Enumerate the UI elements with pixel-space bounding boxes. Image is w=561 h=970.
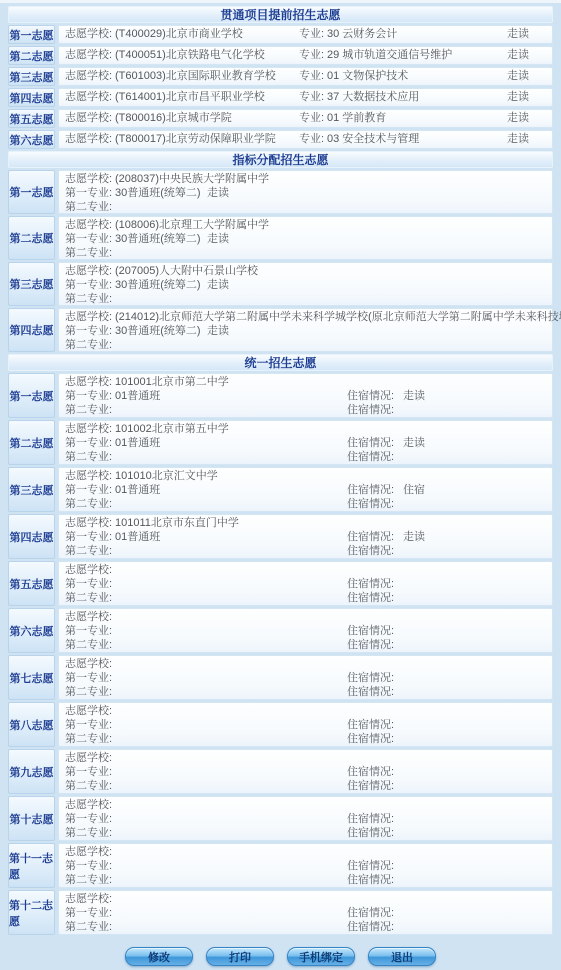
boarding-field-label: 住宿情况: xyxy=(347,780,394,793)
volunteer-row: 第七志愿志愿学校:第一专业:住宿情况:第二专业:住宿情况: xyxy=(8,655,553,700)
school-value: 101010北京汇文中学 xyxy=(115,470,218,483)
school-field-label: 志愿学校: xyxy=(65,564,112,577)
volunteer-rank-label: 第四志愿 xyxy=(8,514,55,559)
major-value: 30 云财务会计 xyxy=(327,28,397,41)
volunteer-rank-label: 第一志愿 xyxy=(8,373,55,418)
section-title-quota-allocation: 指标分配招生志愿 xyxy=(8,151,553,168)
second-major-field-label: 第二专业: xyxy=(65,545,112,558)
volunteer-row: 第八志愿志愿学校:第一专业:住宿情况:第二专业:住宿情况: xyxy=(8,702,553,747)
volunteer-row-content: 志愿学校:(208037)中央民族大学附属中学第一专业:30普通班(统筹二)走读… xyxy=(58,170,553,214)
school-value: 101001北京市第二中学 xyxy=(115,376,229,389)
volunteer-row-content: 志愿学校:第一专业:住宿情况:第二专业:住宿情况: xyxy=(58,843,553,888)
volunteer-row: 第四志愿志愿学校:101011北京市东直门中学第一专业:01普通班住宿情况:走读… xyxy=(8,514,553,559)
boarding-value: 走读 xyxy=(207,233,229,246)
boarding-field-label: 住宿情况: xyxy=(347,874,394,887)
section-unified-admission: 统一招生志愿第一志愿志愿学校:101001北京市第二中学第一专业:01普通班住宿… xyxy=(8,354,553,935)
school-value: (T400051)北京铁路电气化学校 xyxy=(115,49,265,62)
boarding-field-label: 住宿情况: xyxy=(347,545,394,558)
school-value: 101002北京市第五中学 xyxy=(115,423,229,436)
boarding-field-label: 住宿情况: xyxy=(347,686,394,699)
boarding-field-label: 住宿情况: xyxy=(347,498,394,511)
volunteer-row: 第三志愿志愿学校:101010北京汇文中学第一专业:01普通班住宿情况:住宿第二… xyxy=(8,467,553,512)
boarding-field-label: 住宿情况: xyxy=(347,766,394,779)
volunteer-rank-label: 第七志愿 xyxy=(8,655,55,700)
volunteer-row: 第一志愿志愿学校:101001北京市第二中学第一专业:01普通班住宿情况:走读第… xyxy=(8,373,553,418)
school-field-label: 志愿学校: xyxy=(65,219,112,232)
school-value: (T601003)北京国际职业教育学校 xyxy=(115,70,276,83)
boarding-field-label: 住宿情况: xyxy=(347,907,394,920)
volunteer-row-content: 志愿学校:101011北京市东直门中学第一专业:01普通班住宿情况:走读第二专业… xyxy=(58,514,553,559)
boarding-field-label: 住宿情况: xyxy=(347,531,394,544)
section-pre-admission: 贯通项目提前招生志愿第一志愿志愿学校:(T400029)北京市商业学校专业:30… xyxy=(8,6,553,149)
school-field-label: 志愿学校: xyxy=(65,611,112,624)
school-value: (T800016)北京城市学院 xyxy=(115,112,232,125)
school-field-label: 志愿学校: xyxy=(65,173,112,186)
first-major-field-label: 第一专业: xyxy=(65,531,112,544)
school-field-label: 志愿学校: xyxy=(65,846,112,859)
school-value: (207005)人大附中石景山学校 xyxy=(115,265,258,278)
second-major-field-label: 第二专业: xyxy=(65,686,112,699)
boarding-value: 走读 xyxy=(507,70,529,83)
school-field-label: 志愿学校: xyxy=(65,265,112,278)
volunteer-row-content: 志愿学校:101010北京汇文中学第一专业:01普通班住宿情况:住宿第二专业:住… xyxy=(58,467,553,512)
school-field-label: 志愿学校: xyxy=(65,799,112,812)
volunteer-row: 第十一志愿志愿学校:第一专业:住宿情况:第二专业:住宿情况: xyxy=(8,843,553,888)
major-value: 01 文物保护技术 xyxy=(327,70,408,83)
school-value: (T400029)北京市商业学校 xyxy=(115,28,243,41)
volunteer-rank-label: 第十二志愿 xyxy=(8,890,55,935)
volunteer-rank-label: 第六志愿 xyxy=(8,130,55,149)
major-field-label: 专业: xyxy=(299,49,324,62)
second-major-field-label: 第二专业: xyxy=(65,827,112,840)
volunteer-rank-label: 第二志愿 xyxy=(8,420,55,465)
school-field-label: 志愿学校: xyxy=(65,91,112,104)
phone-bind-button[interactable]: 手机绑定 xyxy=(287,947,355,966)
boarding-value: 住宿 xyxy=(403,484,425,497)
first-major-field-label: 第一专业: xyxy=(65,672,112,685)
school-field-label: 志愿学校: xyxy=(65,658,112,671)
school-value: (108006)北京理工大学附属中学 xyxy=(115,219,269,232)
volunteer-row-content: 志愿学校:(T800017)北京劳动保障职业学院专业:03 安全技术与管理走读 xyxy=(58,130,553,149)
section-quota-allocation: 指标分配招生志愿第一志愿志愿学校:(208037)中央民族大学附属中学第一专业:… xyxy=(8,151,553,352)
volunteer-row-content: 志愿学校:第一专业:住宿情况:第二专业:住宿情况: xyxy=(58,890,553,935)
major-field-label: 专业: xyxy=(299,112,324,125)
first-major-field-label: 第一专业: xyxy=(65,860,112,873)
volunteer-row-content: 志愿学校:第一专业:住宿情况:第二专业:住宿情况: xyxy=(58,796,553,841)
school-value: (208037)中央民族大学附属中学 xyxy=(115,173,269,186)
boarding-value: 走读 xyxy=(403,390,425,403)
major-value: 29 城市轨道交通信号维护 xyxy=(327,49,452,62)
boarding-value: 走读 xyxy=(507,49,529,62)
volunteer-sections: 贯通项目提前招生志愿第一志愿志愿学校:(T400029)北京市商业学校专业:30… xyxy=(8,6,553,935)
boarding-field-label: 住宿情况: xyxy=(347,484,394,497)
volunteer-rank-label: 第五志愿 xyxy=(8,109,55,128)
volunteer-row: 第二志愿志愿学校:101002北京市第五中学第一专业:01普通班住宿情况:走读第… xyxy=(8,420,553,465)
volunteer-row: 第十二志愿志愿学校:第一专业:住宿情况:第二专业:住宿情况: xyxy=(8,890,553,935)
major-value: 03 安全技术与管理 xyxy=(327,133,419,146)
volunteer-row-content: 志愿学校:第一专业:住宿情况:第二专业:住宿情况: xyxy=(58,608,553,653)
boarding-field-label: 住宿情况: xyxy=(347,390,394,403)
second-major-field-label: 第二专业: xyxy=(65,733,112,746)
section-title-pre-admission: 贯通项目提前招生志愿 xyxy=(8,6,553,23)
volunteer-row: 第十志愿志愿学校:第一专业:住宿情况:第二专业:住宿情况: xyxy=(8,796,553,841)
school-field-label: 志愿学校: xyxy=(65,133,112,146)
second-major-field-label: 第二专业: xyxy=(65,293,112,306)
volunteer-row: 第一志愿志愿学校:(T400029)北京市商业学校专业:30 云财务会计走读 xyxy=(8,25,553,44)
boarding-field-label: 住宿情况: xyxy=(347,813,394,826)
volunteer-rank-label: 第四志愿 xyxy=(8,308,55,352)
second-major-field-label: 第二专业: xyxy=(65,339,112,352)
school-field-label: 志愿学校: xyxy=(65,28,112,41)
school-value: (T614001)北京市昌平职业学校 xyxy=(115,91,265,104)
volunteer-row: 第六志愿志愿学校:(T800017)北京劳动保障职业学院专业:03 安全技术与管… xyxy=(8,130,553,149)
second-major-field-label: 第二专业: xyxy=(65,592,112,605)
volunteer-row: 第二志愿志愿学校:(108006)北京理工大学附属中学第一专业:30普通班(统筹… xyxy=(8,216,553,260)
volunteer-row: 第三志愿志愿学校:(T601003)北京国际职业教育学校专业:01 文物保护技术… xyxy=(8,67,553,86)
volunteer-row-content: 志愿学校:(T400051)北京铁路电气化学校专业:29 城市轨道交通信号维护走… xyxy=(58,46,553,65)
print-button[interactable]: 打印 xyxy=(206,947,274,966)
volunteer-rank-label: 第三志愿 xyxy=(8,262,55,306)
school-value: (T800017)北京劳动保障职业学院 xyxy=(115,133,276,146)
volunteer-rank-label: 第六志愿 xyxy=(8,608,55,653)
first-major-value: 30普通班(统筹二) xyxy=(115,325,201,338)
volunteer-row-content: 志愿学校:(T400029)北京市商业学校专业:30 云财务会计走读 xyxy=(58,25,553,44)
school-field-label: 志愿学校: xyxy=(65,470,112,483)
volunteer-rank-label: 第一志愿 xyxy=(8,170,55,214)
school-field-label: 志愿学校: xyxy=(65,311,112,324)
volunteer-rank-label: 第五志愿 xyxy=(8,561,55,606)
first-major-field-label: 第一专业: xyxy=(65,233,112,246)
second-major-field-label: 第二专业: xyxy=(65,404,112,417)
volunteer-row: 第二志愿志愿学校:(T400051)北京铁路电气化学校专业:29 城市轨道交通信… xyxy=(8,46,553,65)
volunteer-row-content: 志愿学校:(108006)北京理工大学附属中学第一专业:30普通班(统筹二)走读… xyxy=(58,216,553,260)
first-major-field-label: 第一专业: xyxy=(65,813,112,826)
school-field-label: 志愿学校: xyxy=(65,423,112,436)
volunteer-row: 第四志愿志愿学校:(214012)北京师范大学第二附属中学未来科学城学校(原北京… xyxy=(8,308,553,352)
volunteer-row-content: 志愿学校:(T601003)北京国际职业教育学校专业:01 文物保护技术走读 xyxy=(58,67,553,86)
major-value: 37 大数据技术应用 xyxy=(327,91,419,104)
volunteer-rank-label: 第九志愿 xyxy=(8,749,55,794)
first-major-field-label: 第一专业: xyxy=(65,484,112,497)
boarding-field-label: 住宿情况: xyxy=(347,719,394,732)
boarding-value: 走读 xyxy=(507,28,529,41)
school-field-label: 志愿学校: xyxy=(65,705,112,718)
major-value: 01 学前教育 xyxy=(327,112,386,125)
volunteer-row: 第五志愿志愿学校:第一专业:住宿情况:第二专业:住宿情况: xyxy=(8,561,553,606)
boarding-value: 走读 xyxy=(207,187,229,200)
first-major-field-label: 第一专业: xyxy=(65,625,112,638)
button-bar: 修改打印手机绑定退出 xyxy=(8,947,553,966)
boarding-value: 走读 xyxy=(403,437,425,450)
major-field-label: 专业: xyxy=(299,91,324,104)
boarding-value: 走读 xyxy=(507,91,529,104)
second-major-field-label: 第二专业: xyxy=(65,639,112,652)
school-value: 101011北京市东直门中学 xyxy=(115,517,239,530)
second-major-field-label: 第二专业: xyxy=(65,780,112,793)
boarding-value: 走读 xyxy=(507,133,529,146)
volunteer-row: 第一志愿志愿学校:(208037)中央民族大学附属中学第一专业:30普通班(统筹… xyxy=(8,170,553,214)
boarding-value: 走读 xyxy=(507,112,529,125)
volunteer-row-content: 志愿学校:第一专业:住宿情况:第二专业:住宿情况: xyxy=(58,561,553,606)
admission-volunteer-page: 贯通项目提前招生志愿第一志愿志愿学校:(T400029)北京市商业学校专业:30… xyxy=(0,0,561,970)
boarding-value: 走读 xyxy=(403,531,425,544)
first-major-field-label: 第一专业: xyxy=(65,719,112,732)
volunteer-row: 第四志愿志愿学校:(T614001)北京市昌平职业学校专业:37 大数据技术应用… xyxy=(8,88,553,107)
school-field-label: 志愿学校: xyxy=(65,49,112,62)
boarding-field-label: 住宿情况: xyxy=(347,437,394,450)
volunteer-rank-label: 第八志愿 xyxy=(8,702,55,747)
boarding-field-label: 住宿情况: xyxy=(347,921,394,934)
second-major-field-label: 第二专业: xyxy=(65,921,112,934)
first-major-field-label: 第一专业: xyxy=(65,187,112,200)
volunteer-row: 第九志愿志愿学校:第一专业:住宿情况:第二专业:住宿情况: xyxy=(8,749,553,794)
school-field-label: 志愿学校: xyxy=(65,112,112,125)
boarding-field-label: 住宿情况: xyxy=(347,592,394,605)
first-major-value: 01普通班 xyxy=(115,437,160,450)
boarding-field-label: 住宿情况: xyxy=(347,639,394,652)
volunteer-rank-label: 第一志愿 xyxy=(8,25,55,44)
first-major-value: 01普通班 xyxy=(115,531,160,544)
boarding-field-label: 住宿情况: xyxy=(347,672,394,685)
volunteer-row-content: 志愿学校:第一专业:住宿情况:第二专业:住宿情况: xyxy=(58,655,553,700)
volunteer-row: 第五志愿志愿学校:(T800016)北京城市学院专业:01 学前教育走读 xyxy=(8,109,553,128)
boarding-field-label: 住宿情况: xyxy=(347,578,394,591)
volunteer-row-content: 志愿学校:(T614001)北京市昌平职业学校专业:37 大数据技术应用走读 xyxy=(58,88,553,107)
second-major-field-label: 第二专业: xyxy=(65,201,112,214)
boarding-field-label: 住宿情况: xyxy=(347,625,394,638)
volunteer-rank-label: 第二志愿 xyxy=(8,46,55,65)
modify-button[interactable]: 修改 xyxy=(125,947,193,966)
volunteer-row-content: 志愿学校:101001北京市第二中学第一专业:01普通班住宿情况:走读第二专业:… xyxy=(58,373,553,418)
boarding-field-label: 住宿情况: xyxy=(347,860,394,873)
first-major-value: 01普通班 xyxy=(115,390,160,403)
second-major-field-label: 第二专业: xyxy=(65,498,112,511)
first-major-value: 30普通班(统筹二) xyxy=(115,279,201,292)
volunteer-rank-label: 第四志愿 xyxy=(8,88,55,107)
second-major-field-label: 第二专业: xyxy=(65,451,112,464)
school-field-label: 志愿学校: xyxy=(65,376,112,389)
first-major-field-label: 第一专业: xyxy=(65,390,112,403)
boarding-field-label: 住宿情况: xyxy=(347,827,394,840)
school-field-label: 志愿学校: xyxy=(65,70,112,83)
second-major-field-label: 第二专业: xyxy=(65,247,112,260)
volunteer-rank-label: 第二志愿 xyxy=(8,216,55,260)
school-value: (214012)北京师范大学第二附属中学未来科学城学校(原北京师范大学第二附属中… xyxy=(115,311,561,324)
boarding-value: 走读 xyxy=(207,279,229,292)
volunteer-row: 第三志愿志愿学校:(207005)人大附中石景山学校第一专业:30普通班(统筹二… xyxy=(8,262,553,306)
volunteer-row-content: 志愿学校:(207005)人大附中石景山学校第一专业:30普通班(统筹二)走读第… xyxy=(58,262,553,306)
major-field-label: 专业: xyxy=(299,28,324,41)
volunteer-row-content: 志愿学校:(214012)北京师范大学第二附属中学未来科学城学校(原北京师范大学… xyxy=(58,308,553,352)
boarding-field-label: 住宿情况: xyxy=(347,733,394,746)
first-major-field-label: 第一专业: xyxy=(65,437,112,450)
first-major-value: 30普通班(统筹二) xyxy=(115,187,201,200)
volunteer-rank-label: 第三志愿 xyxy=(8,467,55,512)
school-field-label: 志愿学校: xyxy=(65,893,112,906)
first-major-value: 01普通班 xyxy=(115,484,160,497)
volunteer-rank-label: 第十一志愿 xyxy=(8,843,55,888)
boarding-value: 走读 xyxy=(207,325,229,338)
first-major-field-label: 第一专业: xyxy=(65,325,112,338)
volunteer-row-content: 志愿学校:(T800016)北京城市学院专业:01 学前教育走读 xyxy=(58,109,553,128)
volunteer-row-content: 志愿学校:第一专业:住宿情况:第二专业:住宿情况: xyxy=(58,749,553,794)
volunteer-row-content: 志愿学校:101002北京市第五中学第一专业:01普通班住宿情况:走读第二专业:… xyxy=(58,420,553,465)
school-field-label: 志愿学校: xyxy=(65,517,112,530)
school-field-label: 志愿学校: xyxy=(65,752,112,765)
major-field-label: 专业: xyxy=(299,70,324,83)
volunteer-row-content: 志愿学校:第一专业:住宿情况:第二专业:住宿情况: xyxy=(58,702,553,747)
exit-button[interactable]: 退出 xyxy=(368,947,436,966)
major-field-label: 专业: xyxy=(299,133,324,146)
second-major-field-label: 第二专业: xyxy=(65,874,112,887)
boarding-field-label: 住宿情况: xyxy=(347,404,394,417)
first-major-field-label: 第一专业: xyxy=(65,279,112,292)
volunteer-row: 第六志愿志愿学校:第一专业:住宿情况:第二专业:住宿情况: xyxy=(8,608,553,653)
volunteer-rank-label: 第十志愿 xyxy=(8,796,55,841)
volunteer-rank-label: 第三志愿 xyxy=(8,67,55,86)
boarding-field-label: 住宿情况: xyxy=(347,451,394,464)
first-major-field-label: 第一专业: xyxy=(65,907,112,920)
first-major-field-label: 第一专业: xyxy=(65,766,112,779)
first-major-field-label: 第一专业: xyxy=(65,578,112,591)
first-major-value: 30普通班(统筹二) xyxy=(115,233,201,246)
section-title-unified-admission: 统一招生志愿 xyxy=(8,354,553,371)
